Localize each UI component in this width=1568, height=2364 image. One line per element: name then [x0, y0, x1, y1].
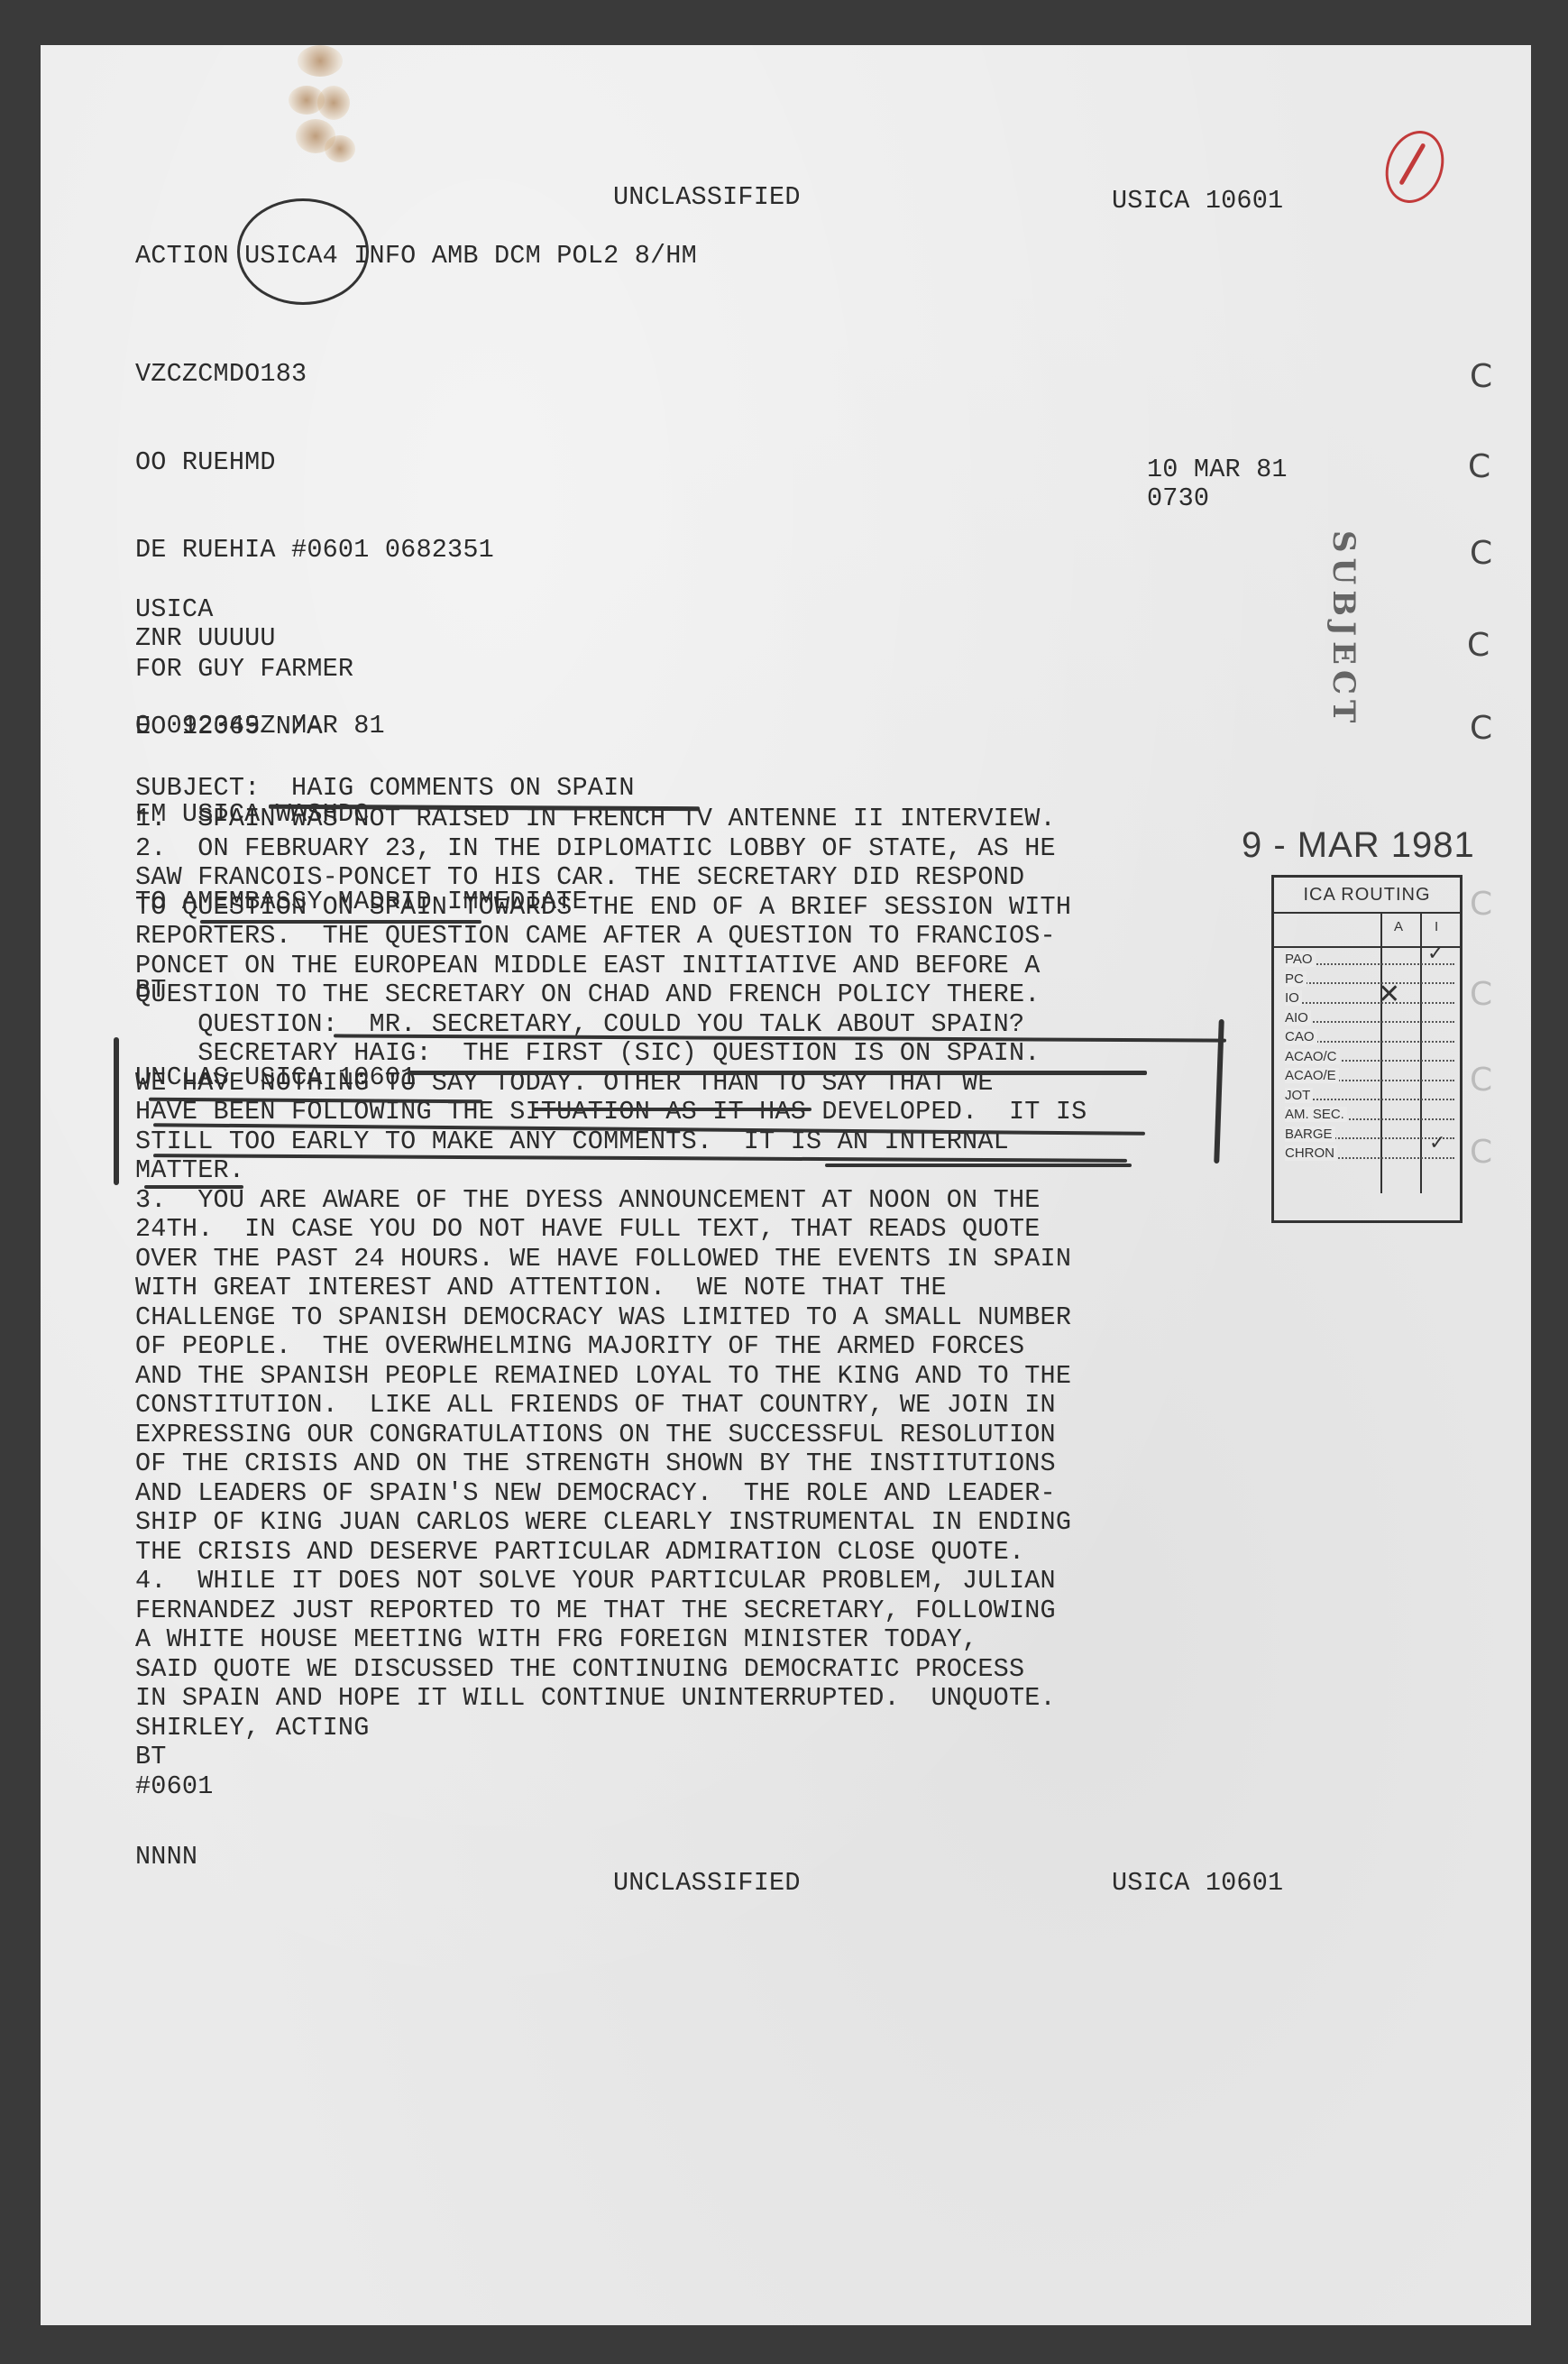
routing-title: ICA ROUTING	[1274, 878, 1460, 914]
hand-underline	[144, 1185, 243, 1189]
message-body: 1. SPAIN WAS NOT RAISED IN FRENCH TV ANT…	[135, 805, 1087, 1801]
column-action: A	[1394, 919, 1403, 934]
margin-bracket-left	[114, 1037, 119, 1185]
subject-text: HAIG COMMENTS ON SPAIN	[291, 773, 635, 803]
routing-office-label: PAO	[1285, 952, 1316, 967]
body-line: AND LEADERS OF SPAIN'S NEW DEMOCRACY. TH…	[135, 1479, 1087, 1509]
staple-rust-stain	[289, 45, 361, 162]
column-info: I	[1435, 919, 1438, 934]
routing-office-label: AM. SEC.	[1285, 1107, 1347, 1122]
routing-row: JOT	[1285, 1086, 1454, 1106]
margin-mark: C	[1470, 361, 1492, 393]
body-line: SHIP OF KING JUAN CARLOS WERE CLEARLY IN…	[135, 1508, 1087, 1538]
margin-mark: C	[1467, 630, 1490, 662]
ica-routing-stamp: ICA ROUTING A I PAOPCIOAIOCAOACAO/CACAO/…	[1271, 875, 1463, 1223]
body-line: QUESTION TO THE SECRETARY ON CHAD AND FR…	[135, 980, 1087, 1010]
margin-mark: C	[1470, 713, 1492, 745]
routing-office-label: CHRON	[1285, 1145, 1337, 1161]
eo-line: EO 12065 N/A	[135, 713, 323, 742]
body-line: SAID QUOTE WE DISCUSSED THE CONTINUING D…	[135, 1655, 1087, 1685]
body-line: OVER THE PAST 24 HOURS. WE HAVE FOLLOWED…	[135, 1245, 1087, 1274]
routing-office-label: AIO	[1285, 1010, 1311, 1026]
body-line: BT	[135, 1743, 1087, 1772]
hand-underline	[532, 1108, 812, 1111]
body-line: 4. WHILE IT DOES NOT SOLVE YOUR PARTICUL…	[135, 1567, 1087, 1596]
body-line: HAVE BEEN FOLLOWING THE SITUATION AS IT …	[135, 1098, 1087, 1127]
action-info-list: INFO AMB DCM POL2 8/HM	[338, 241, 697, 271]
header-line: OO RUEHMD	[135, 448, 588, 478]
end-marker: NNNN	[135, 1843, 197, 1872]
hand-underline	[200, 920, 481, 924]
body-line: #0601	[135, 1772, 1087, 1802]
body-line: FERNANDEZ JUST REPORTED TO ME THAT THE S…	[135, 1596, 1087, 1626]
routing-office-label: ACAO/C	[1285, 1049, 1340, 1064]
routing-office-label: JOT	[1285, 1088, 1313, 1103]
body-line: REPORTERS. THE QUESTION CAME AFTER A QUE…	[135, 922, 1087, 952]
date-received-stamp: 9 - MAR 1981	[1242, 825, 1475, 866]
margin-mark: C	[1470, 979, 1492, 1011]
margin-mark: C	[1470, 538, 1492, 570]
routing-row: ACAO/C	[1285, 1047, 1454, 1067]
reference-top: USICA 10601	[1112, 187, 1283, 216]
info-check-mark: ✓	[1427, 943, 1444, 965]
body-line: A WHITE HOUSE MEETING WITH FRG FOREIGN M…	[135, 1625, 1087, 1655]
received-date: 10 MAR 81	[1147, 455, 1288, 485]
action-prefix: ACTION	[135, 241, 244, 271]
margin-mark: C	[1470, 888, 1492, 921]
body-line: OF THE CRISIS AND ON THE STRENGTH SHOWN …	[135, 1449, 1087, 1479]
body-line: 2. ON FEBRUARY 23, IN THE DIPLOMATIC LOB…	[135, 834, 1087, 864]
routing-row: CAO	[1285, 1027, 1454, 1047]
body-line: AND THE SPANISH PEOPLE REMAINED LOYAL TO…	[135, 1362, 1087, 1392]
routing-office-label: IO	[1285, 990, 1302, 1006]
rotated-stamp: SUBJECT	[1325, 530, 1362, 728]
margin-mark: C	[1470, 1136, 1492, 1169]
routing-office-label: CAO	[1285, 1029, 1317, 1044]
action-line: ACTION USICA4 INFO AMB DCM POL2 8/HM	[135, 242, 697, 271]
margin-mark: C	[1468, 451, 1490, 483]
margin-mark: C	[1470, 1064, 1492, 1097]
header-line: ZNR UUUUU	[135, 624, 588, 654]
body-line: IN SPAIN AND HOPE IT WILL CONTINUE UNINT…	[135, 1684, 1087, 1714]
routing-row: ACAO/E	[1285, 1066, 1454, 1086]
body-line: WITH GREAT INTEREST AND ATTENTION. WE NO…	[135, 1274, 1087, 1303]
classification-bottom: UNCLASSIFIED	[613, 1869, 801, 1899]
body-line: THE CRISIS AND DESERVE PARTICULAR ADMIRA…	[135, 1538, 1087, 1568]
body-line: SAW FRANCOIS-PONCET TO HIS CAR. THE SECR…	[135, 863, 1087, 893]
subject-line: SUBJECT: HAIG COMMENTS ON SPAIN	[135, 774, 635, 804]
body-line: SECRETARY HAIG: THE FIRST (SIC) QUESTION…	[135, 1039, 1087, 1069]
dotted-leader	[1285, 982, 1454, 984]
body-line: PONCET ON THE EUROPEAN MIDDLE EAST INITI…	[135, 952, 1087, 981]
body-line: CONSTITUTION. LIKE ALL FRIENDS OF THAT C…	[135, 1391, 1087, 1421]
body-line: OF PEOPLE. THE OVERWHELMING MAJORITY OF …	[135, 1332, 1087, 1362]
header-line: DE RUEHIA #0601 0682351	[135, 536, 588, 566]
handwritten-circle	[237, 198, 369, 305]
routing-row: AIO	[1285, 1008, 1454, 1028]
reference-bottom: USICA 10601	[1112, 1869, 1283, 1899]
body-line: SHIRLEY, ACTING	[135, 1714, 1087, 1743]
received-time: 0730	[1147, 484, 1209, 514]
classification-top: UNCLASSIFIED	[613, 183, 801, 213]
dotted-leader	[1285, 1002, 1454, 1004]
routing-row: AM. SEC.	[1285, 1105, 1454, 1125]
routing-office-label: BARGE	[1285, 1127, 1335, 1142]
action-x-mark: ✕	[1378, 979, 1400, 1010]
subject-label: SUBJECT:	[135, 773, 291, 803]
agency-line: USICA	[135, 595, 214, 625]
info-check-mark: ✓	[1429, 1132, 1445, 1154]
body-line: TO QUESTION ON SPAIN TOWARDS THE END OF …	[135, 893, 1087, 923]
hand-underline	[408, 1071, 1147, 1075]
body-line: 24TH. IN CASE YOU DO NOT HAVE FULL TEXT,…	[135, 1215, 1087, 1245]
routing-office-label: ACAO/E	[1285, 1068, 1339, 1083]
routing-row: PC	[1285, 970, 1454, 989]
routing-office-label: PC	[1285, 971, 1307, 987]
header-line: VZCZCMDO183	[135, 360, 588, 390]
for-line: FOR GUY FARMER	[135, 655, 353, 685]
body-line: CHALLENGE TO SPANISH DEMOCRACY WAS LIMIT…	[135, 1303, 1087, 1333]
body-line: EXPRESSING OUR CONGRATULATIONS ON THE SU…	[135, 1421, 1087, 1450]
routing-row: IO	[1285, 989, 1454, 1008]
body-line: 3. YOU ARE AWARE OF THE DYESS ANNOUNCEME…	[135, 1186, 1087, 1216]
hand-underline	[825, 1164, 1132, 1167]
